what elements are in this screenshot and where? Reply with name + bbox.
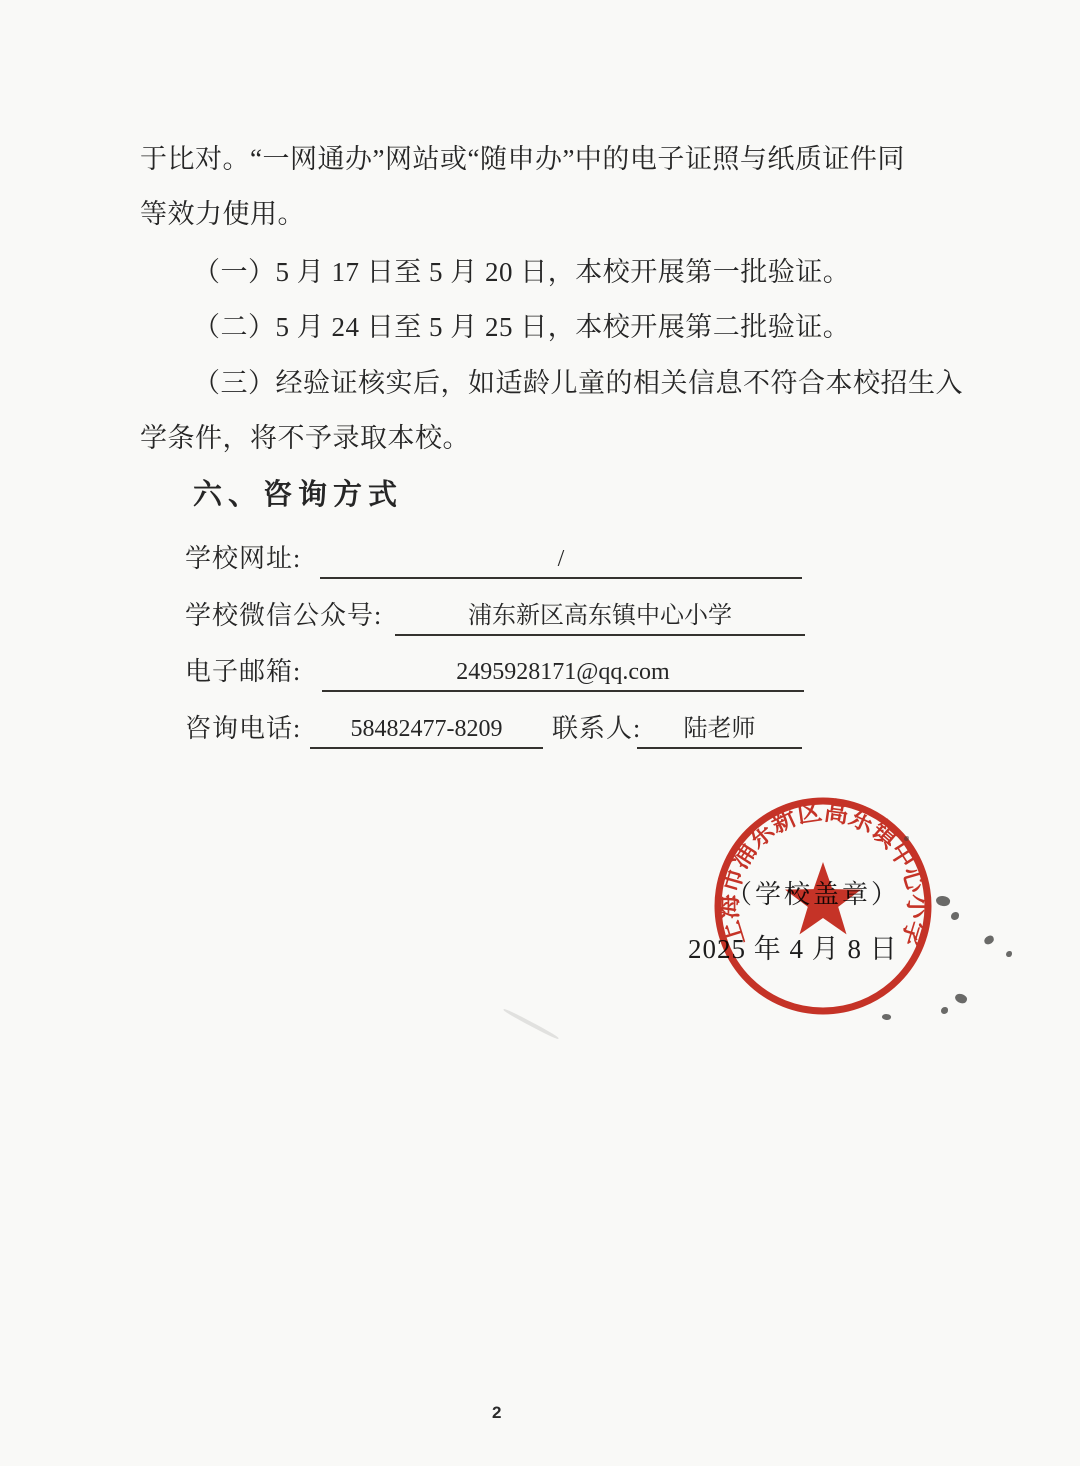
- scanned-document-page: 于比对。“一网通办”网站或“随申办”中的电子证照与纸质证件同 等效力使用。 （一…: [0, 0, 1080, 1466]
- list-item-3-line1: （三）经验证核实后，如适龄儿童的相关信息不符合本校招生入: [193, 366, 963, 400]
- scan-speckle: [941, 1007, 948, 1014]
- scan-speckle: [881, 1013, 891, 1021]
- email-label: 电子邮箱:: [185, 655, 301, 689]
- email-value-underline: 2495928171@qq.com: [322, 654, 804, 692]
- scan-speckle: [935, 894, 951, 908]
- scan-speckle: [1006, 951, 1012, 957]
- wechat-label: 学校微信公众号:: [185, 599, 382, 633]
- scan-speckle: [951, 912, 959, 920]
- scan-speckle: [983, 935, 995, 946]
- contact-person-underline: 陆老师: [637, 711, 802, 749]
- paragraph-line: 于比对。“一网通办”网站或“随申办”中的电子证照与纸质证件同: [140, 142, 905, 176]
- school-seal-stamp: 上海市浦东新区高东镇中心小学: [713, 796, 933, 1016]
- website-label: 学校网址:: [185, 542, 301, 576]
- scan-smudge: [503, 1008, 560, 1041]
- list-item-1: （一）5 月 17 日至 5 月 20 日，本校开展第一批验证。: [193, 255, 850, 289]
- phone-value-underline: 58482477-8209: [310, 711, 543, 749]
- scan-speckle: [954, 992, 969, 1006]
- page-number: 2: [492, 1403, 501, 1423]
- paragraph-line: 等效力使用。: [140, 197, 305, 231]
- list-item-2: （二）5 月 24 日至 5 月 25 日，本校开展第二批验证。: [193, 310, 850, 344]
- phone-label: 咨询电话:: [185, 712, 301, 746]
- wechat-value-underline: 浦东新区高东镇中心小学: [395, 598, 805, 636]
- website-value-underline: /: [320, 541, 802, 579]
- list-item-3-line2: 学条件，将不予录取本校。: [140, 421, 470, 455]
- seal-star-icon: [785, 862, 861, 934]
- section-heading: 六、咨询方式: [193, 478, 403, 512]
- contact-person-label: 联系人:: [552, 712, 641, 746]
- seal-graphic: 上海市浦东新区高东镇中心小学: [713, 796, 933, 1016]
